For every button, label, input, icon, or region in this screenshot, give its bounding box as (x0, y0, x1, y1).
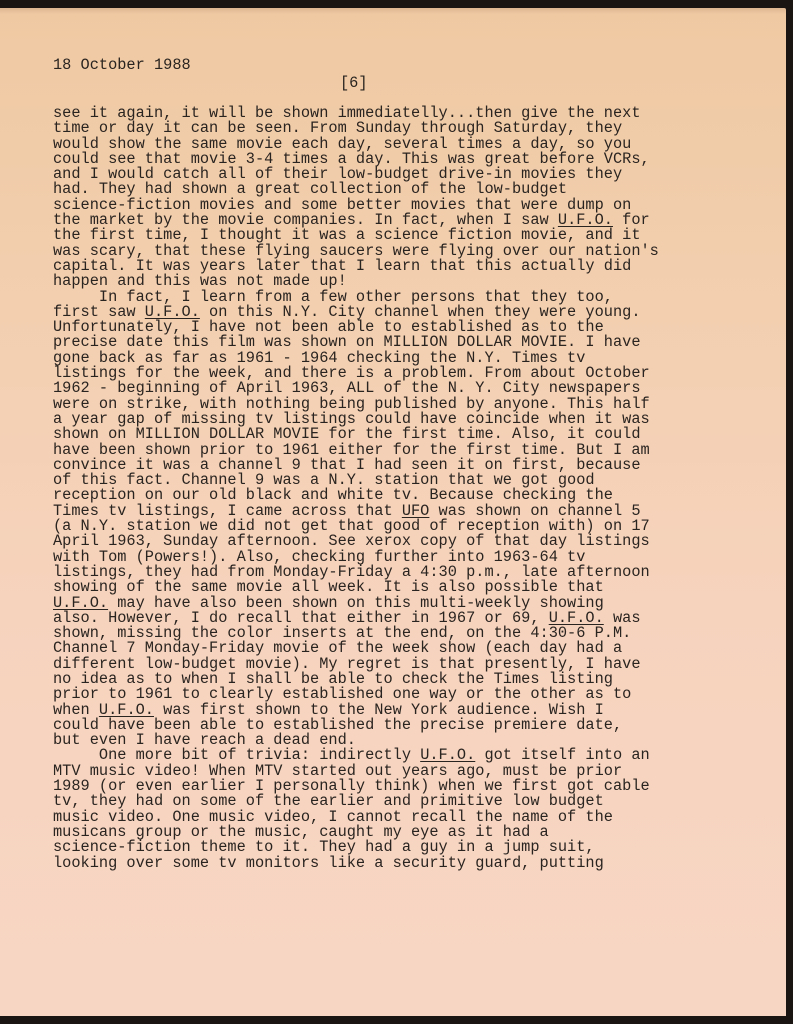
document-body: see it again, it will be shown immediate… (53, 106, 659, 871)
text-segment: looking over some tv monitors like a sec… (53, 854, 604, 872)
body-line: looking over some tv monitors like a sec… (53, 856, 659, 871)
document-page: 18 October 1988 [6] see it again, it wil… (0, 8, 786, 1016)
page-number: [6] (340, 76, 368, 91)
document-date: 18 October 1988 (53, 58, 191, 73)
